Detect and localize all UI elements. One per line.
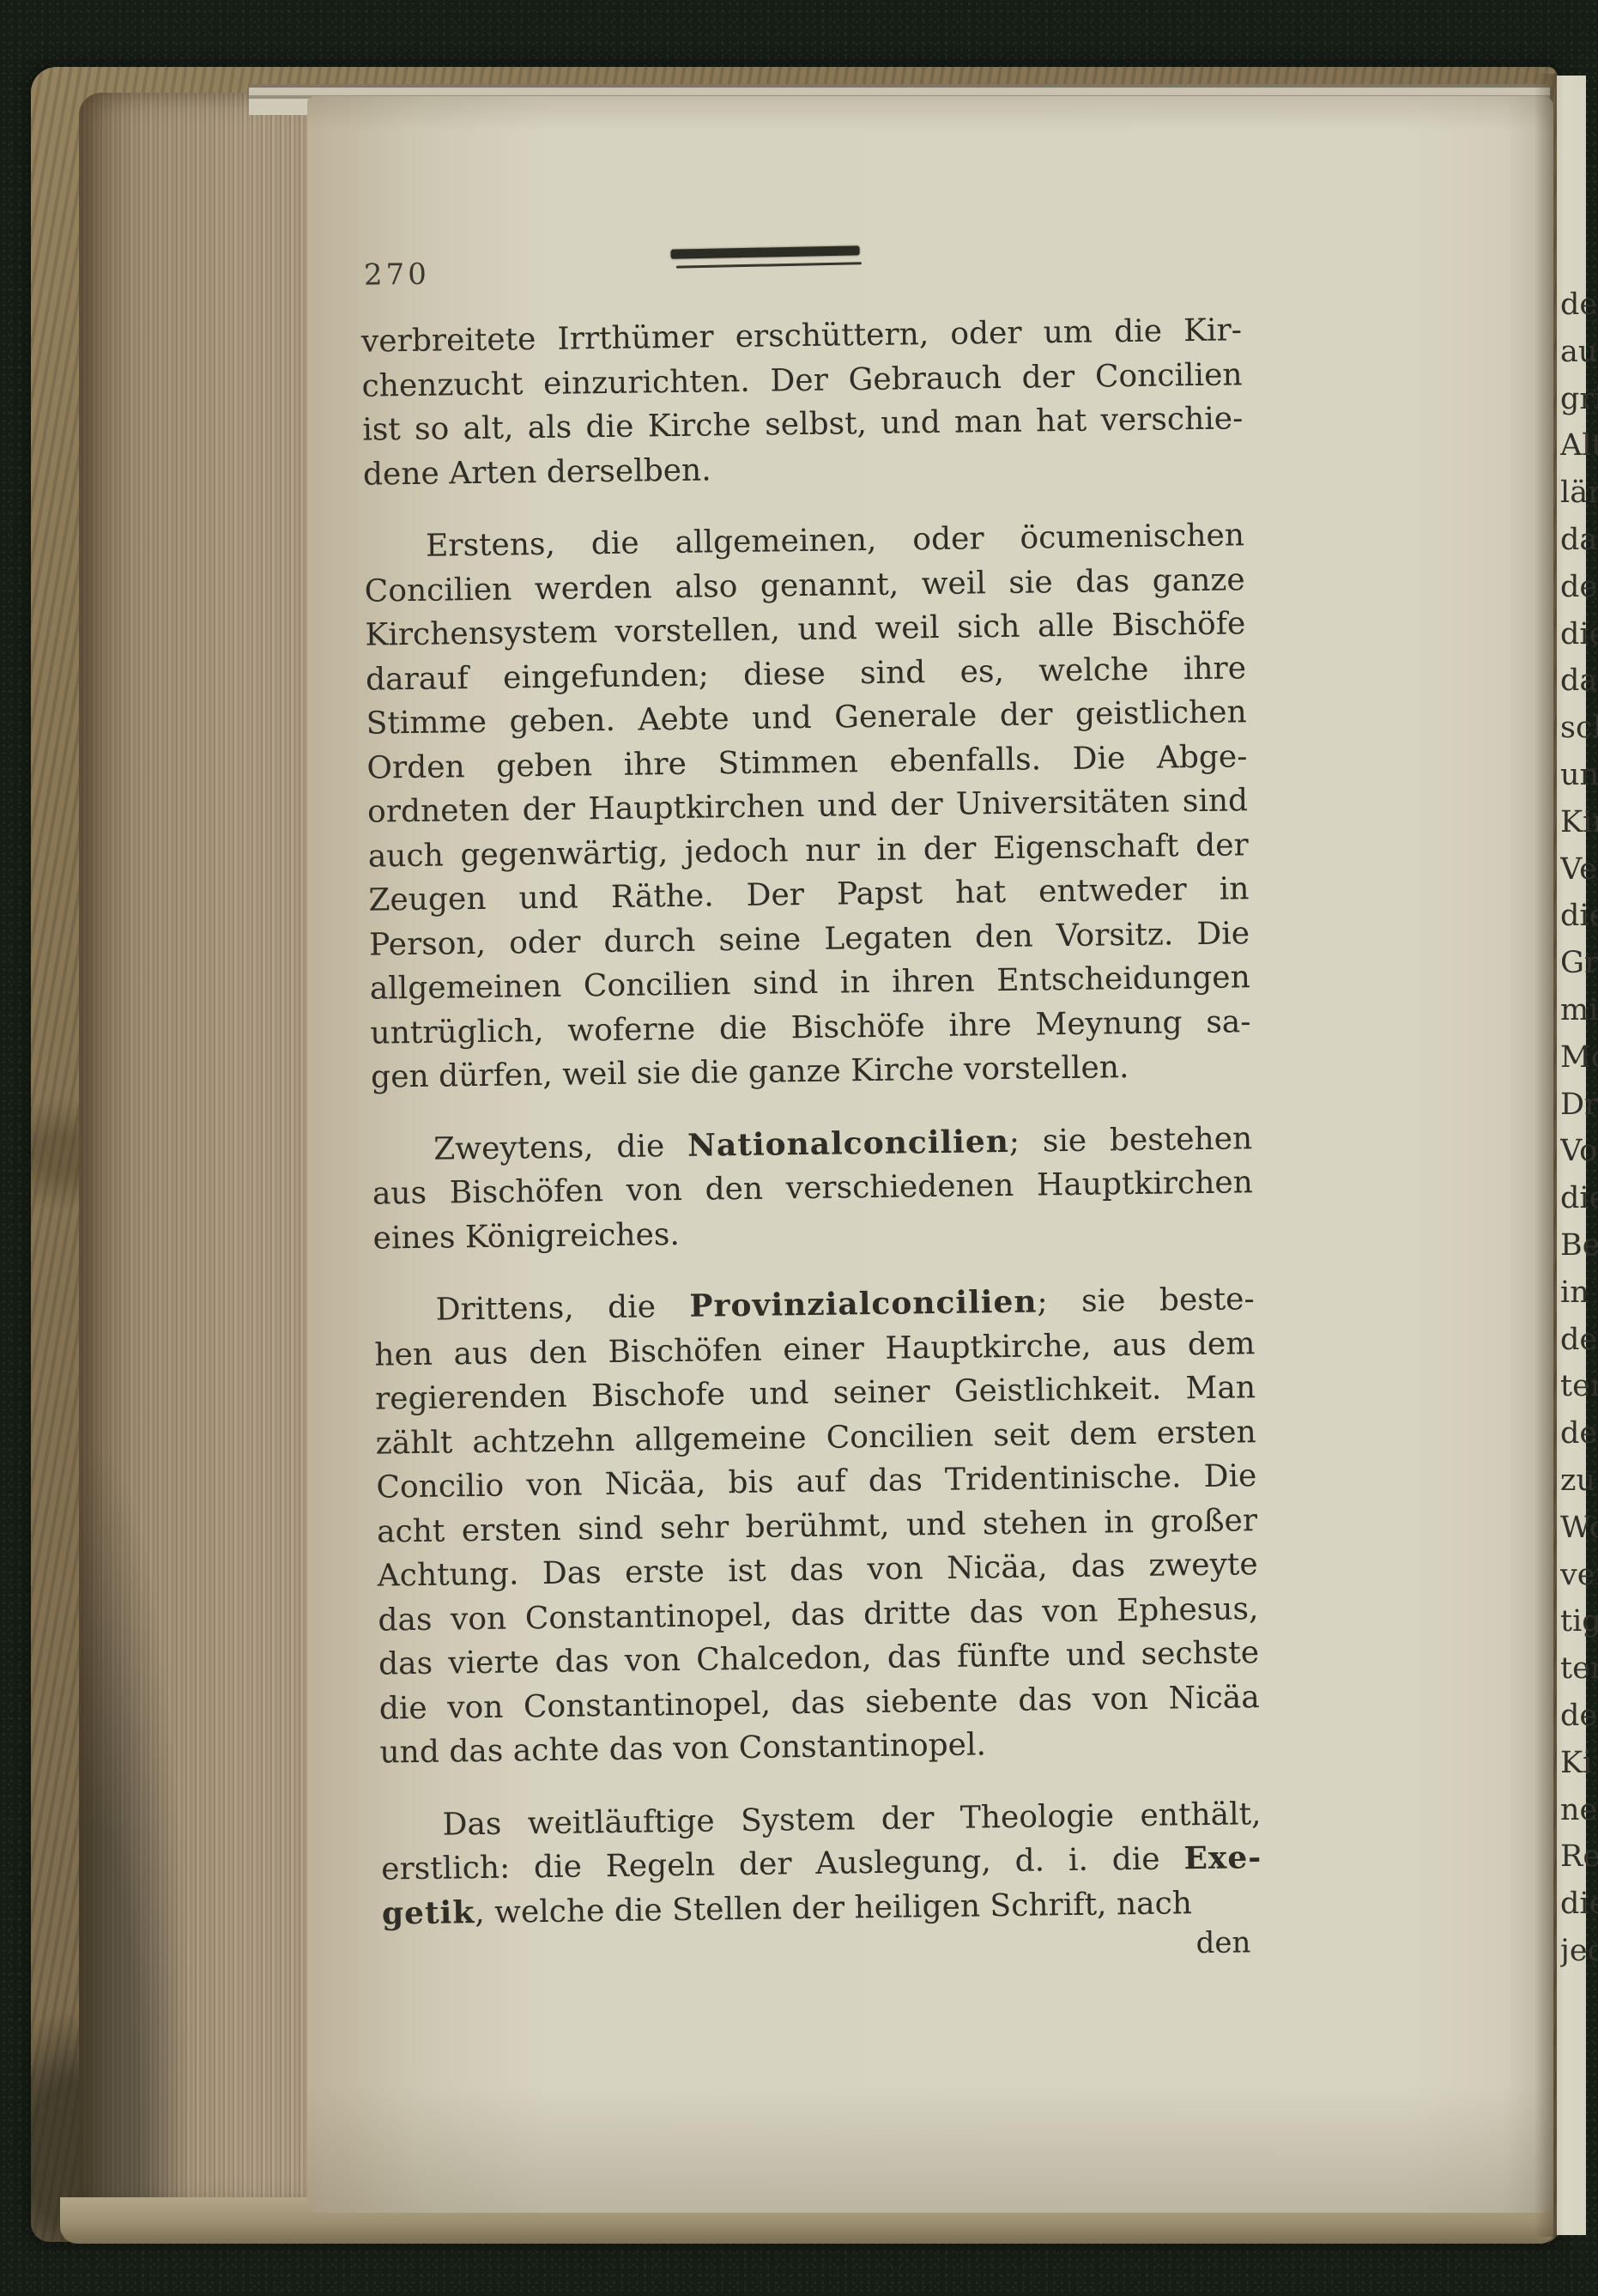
fragment-line: nen [1560,1787,1598,1834]
fragment-line: daß [1560,517,1598,564]
fragment-line: und [1560,752,1598,799]
page-number: 270 [364,257,430,293]
fragment-line: jede [1560,1928,1598,1975]
emphasized-word: Nationalconcilien [687,1123,1009,1163]
fragment-line: derl [1560,1410,1598,1457]
fragment-line: Dri [1560,1081,1598,1129]
fragment-line: Gru [1560,940,1598,987]
fragment-line: die [1560,893,1598,940]
ornament-thin-rule [676,262,862,268]
fragment-line: Wo [1560,1505,1598,1552]
fragment-line: tige [1560,1598,1598,1645]
ornament-thick-rule [670,245,859,258]
paragraph: Das weitläuftige System der Theologie en… [380,1792,1262,1936]
fragment-line: Vo [1560,1128,1598,1175]
fragment-line: länd [1560,469,1598,517]
fragment-line: die [1560,1881,1598,1928]
fragment-line: Ver [1560,846,1598,894]
fragment-line: dem [1560,564,1598,611]
fragment-line: Alte [1560,422,1598,469]
fragment-line: Mo [1560,1034,1598,1081]
gutter-shadow [1534,74,1559,2237]
fragment-line: der [1560,1317,1598,1364]
fragment-line: dabe [1560,657,1598,705]
fragment-line: Re [1560,1833,1598,1881]
right-page-sliver-text: denaufggriecAlteländdaßdemdiedabescheund… [1560,282,1598,2024]
fragment-line: ver [1560,1552,1598,1599]
book-scan-scene: denaufggriecAlteländdaßdemdiedabescheund… [0,0,1598,2296]
page-content: 270 verbreitete Irrthümer erschüttern, o… [359,140,1263,1971]
fragment-line: griec [1560,376,1598,423]
fragment-line: aufg [1560,329,1598,376]
paragraph: verbreitete Irrthümer erschüttern, oder … [361,308,1244,496]
fragment-line: Kir [1560,799,1598,846]
fragment-line: sche [1560,705,1598,752]
header-ornament [670,245,859,268]
paragraph: Drittens, die Provinzialconcilien; sie b… [373,1277,1260,1775]
page-header: 270 [359,140,1241,319]
emphasized-word: Provinzialconcilien [689,1283,1038,1324]
emphasized-word: getik [382,1894,475,1931]
fragment-line: den [1560,282,1598,329]
fragment-line: zu f [1560,1457,1598,1505]
fragment-line: die [1560,611,1598,658]
text-block: verbreitete Irrthümer erschüttern, oder … [361,308,1263,1936]
fragment-line: ten, [1560,1645,1598,1693]
fragment-line: tens [1560,1363,1598,1410]
fragment-line: Ki [1560,1740,1598,1787]
fragment-line: Be [1560,1222,1598,1269]
paragraph: Zweytens, die Nationalconcilien; sie bes… [372,1117,1254,1261]
fragment-line: mit [1560,987,1598,1034]
fragment-line: in d [1560,1269,1598,1317]
emphasized-word: Exe- [1183,1839,1262,1876]
fragment-line: die [1560,1175,1598,1222]
fragment-line: den [1560,1693,1598,1740]
paragraph: Erstens, die allgemeinen, oder öcumenisc… [364,513,1252,1100]
